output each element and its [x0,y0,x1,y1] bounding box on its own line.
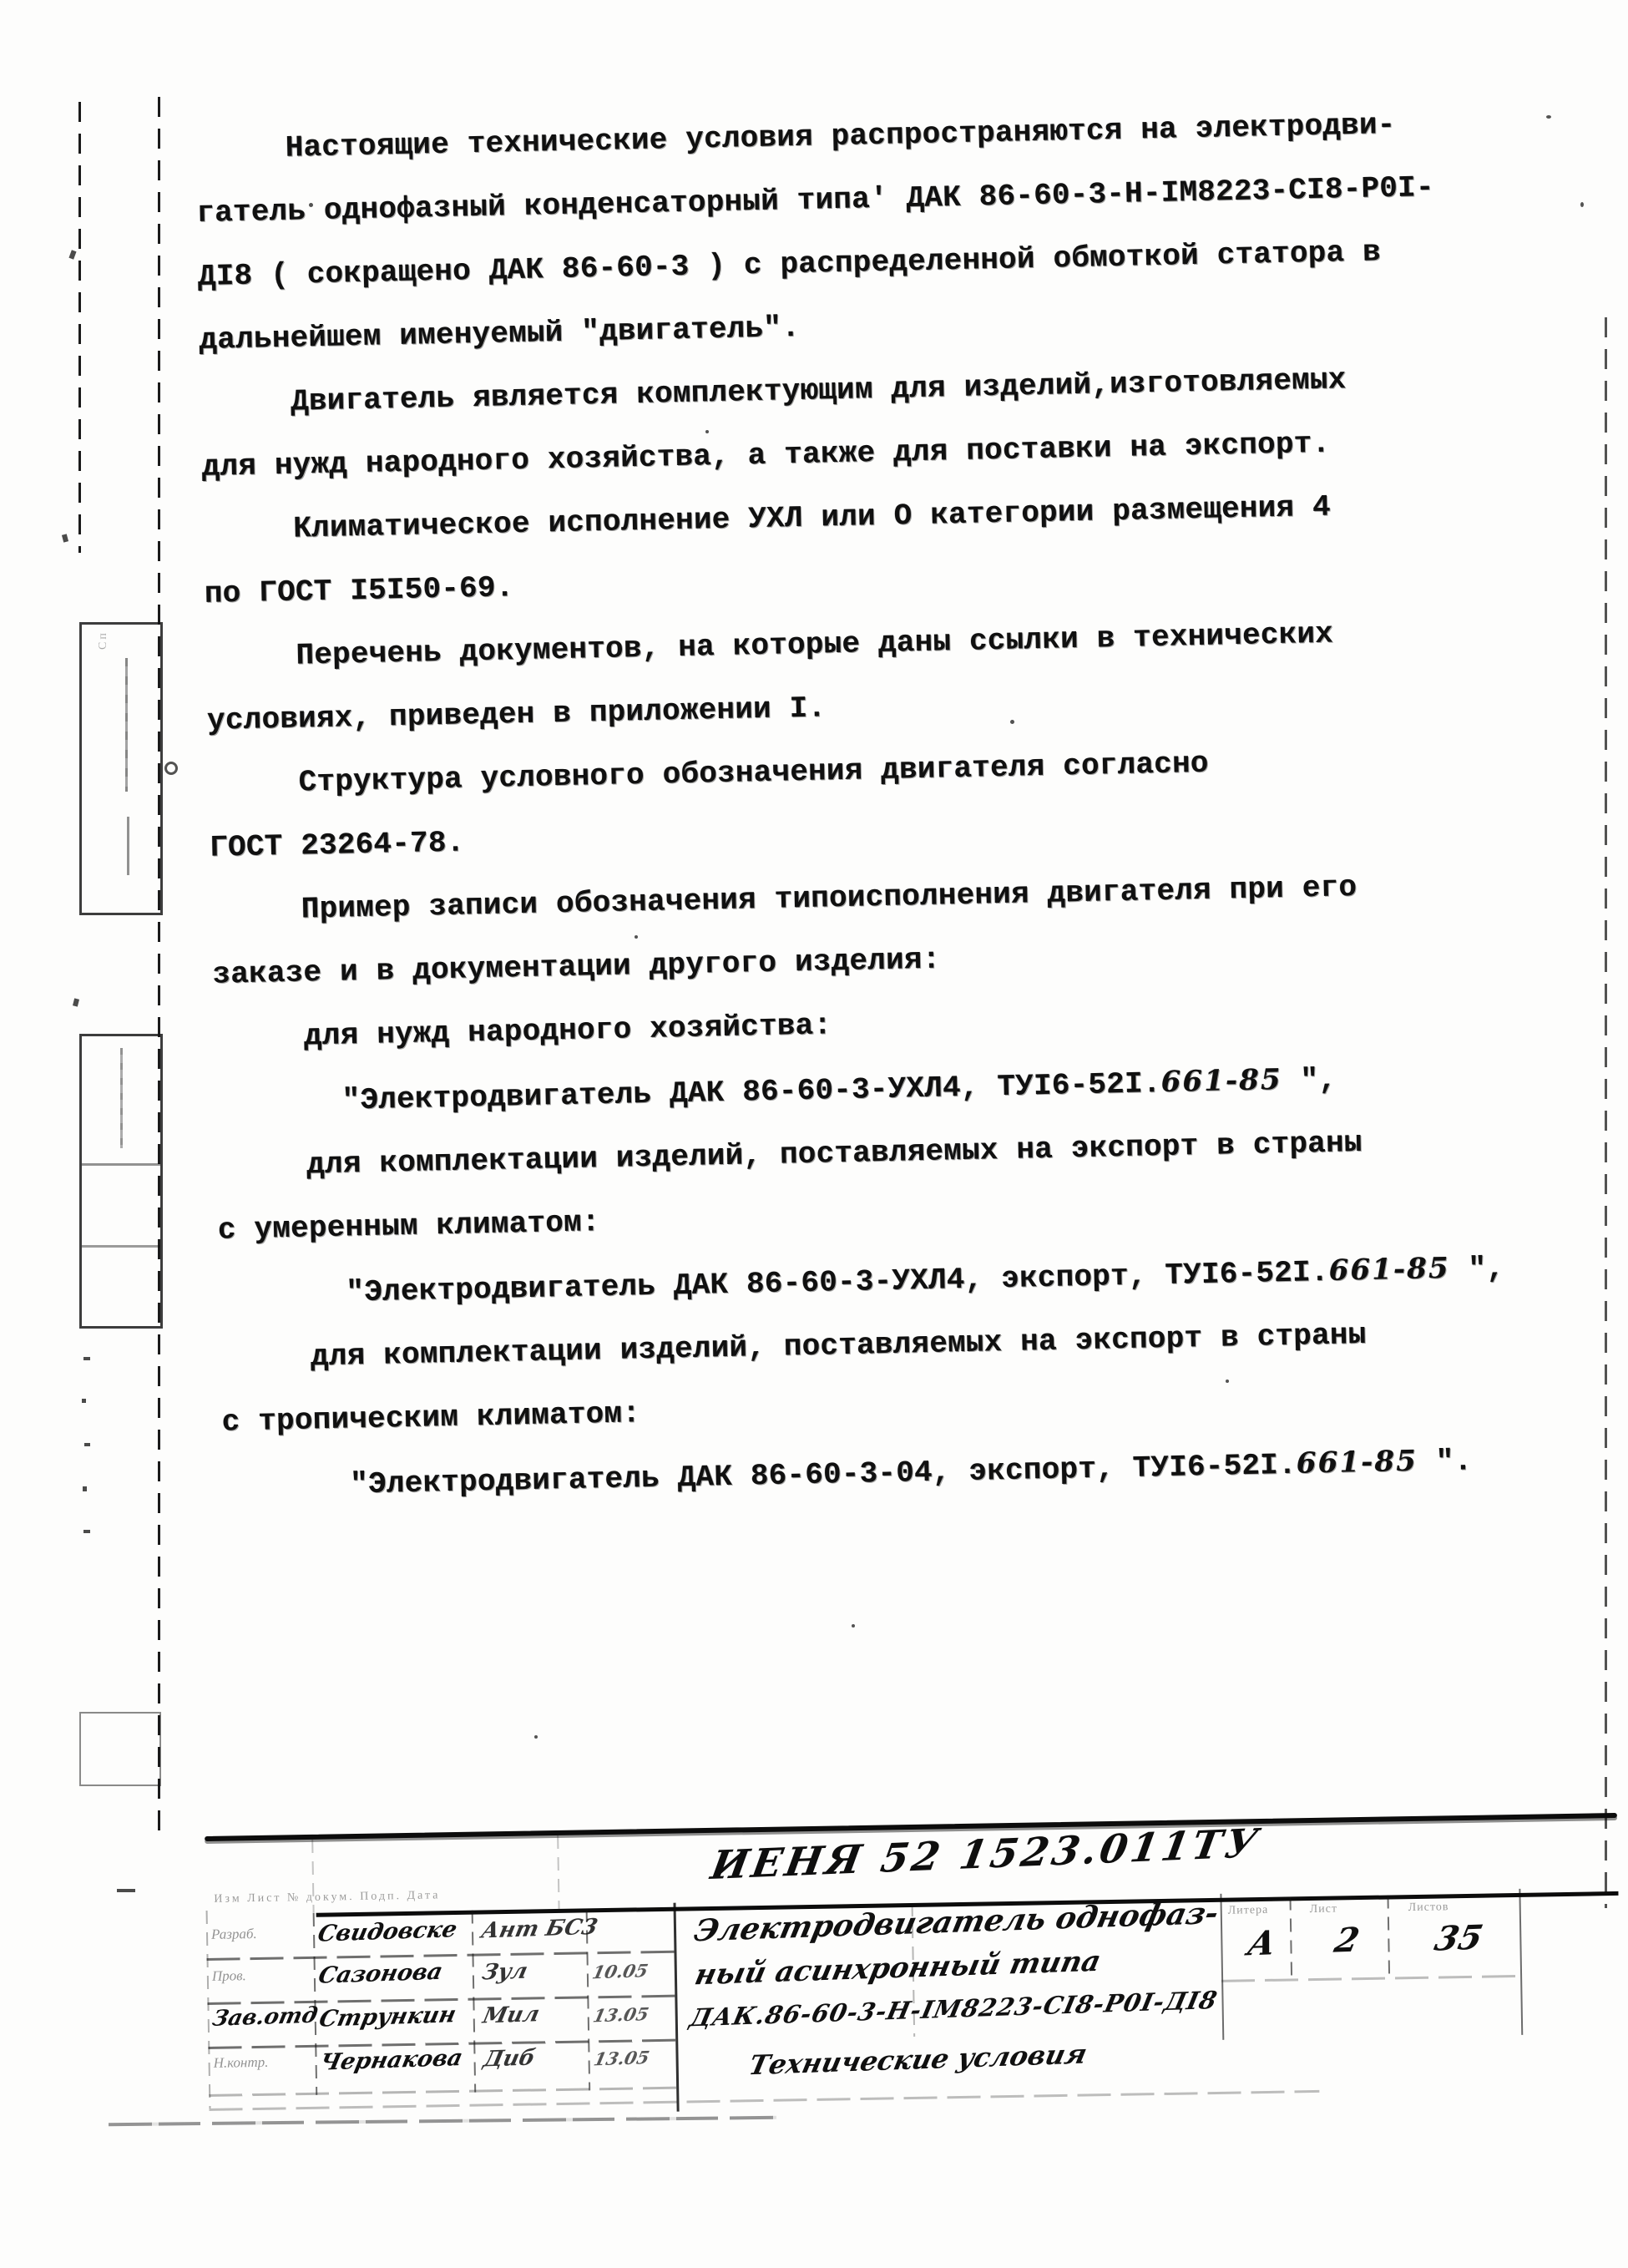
typed-segment: Двигатель является комплектующим для изд… [291,362,1347,418]
signature-date: 13.05 [592,2047,651,2069]
signature-autograph: Зул [480,1959,530,1986]
signature-name: Сазонова [316,1959,445,1989]
signature-date: 13.05 [591,2003,650,2026]
typed-segment: ". [1418,1444,1473,1479]
typed-segment: ", [1282,1063,1337,1098]
typed-segment: с тропическим климатом: [221,1396,640,1439]
signature-role-label: Зав.отд [210,2003,321,2032]
typed-segment: Структура условного обозначения двигател… [298,747,1209,800]
typed-segment: дальнейшем именуемый "двигатель". [199,311,800,357]
typed-segment: ГОСТ 23264-78. [210,825,465,864]
signature-date: 10.05 [590,1960,650,1982]
typed-segment: для нужд народного хозяйства, а также дл… [201,427,1330,484]
margin-stamp-box-2 [79,1034,163,1329]
typed-segment: ", [1449,1251,1504,1286]
typed-segment: с умеренным климатом: [217,1205,600,1248]
title-block: ИЕНЯ 52 1523.011ТУ Изм Лист № докум. Под… [205,1808,1622,2125]
typed-text-block: Настоящие технические условия распростра… [195,89,1626,1520]
signature-role-label: Н.контр. [213,2054,268,2072]
signature-role-label: Пров. [212,1967,246,1985]
handwritten-insert: 661-85 [1328,1252,1450,1288]
signature-name: Свидовске [316,1916,460,1947]
typed-segment: Климатическое исполнение УХЛ или О катег… [293,490,1331,546]
margin-stamp-box-3 [79,1712,161,1786]
sheet-header: Лист [1310,1903,1338,1917]
sheets-total: 35 [1431,1918,1486,1959]
signature-row: Пров.СазоноваЗул10.05 [207,1952,675,2002]
typed-segment: для комплектации изделий, поставляемых н… [306,1126,1363,1182]
signature-grid-header: Изм Лист № докум. Подп. Дата [214,1889,440,1906]
typed-segment: "Электродвигатель ДАК 86-60-3-УХЛ4, эксп… [346,1255,1329,1310]
signature-autograph: Диб [481,2045,537,2072]
signature-row: Зав.отдСтрункинМил13.05 [207,1996,675,2045]
typed-segment: Пример записи обозначения типоисполнения… [301,870,1357,926]
signature-role-label: Разраб. [211,1926,257,1943]
signature-autograph: Ант БС3 [479,1915,600,1944]
signature-name: Чернакова [317,2045,465,2076]
handwritten-insert: 661-85 [1296,1445,1418,1481]
margin-stamp-box-1: Сп [79,622,163,915]
product-designation-line: ДАК.86-60-3-Н-IМ8223-СI8-Р0I-ДI8 [687,1986,1220,2033]
typed-segment: для нужд народного хозяйства: [304,1008,832,1053]
signature-autograph: Мил [480,2002,541,2028]
typed-segment: "Электродвигатель ДАК 86-60-3-04, экспор… [350,1448,1297,1502]
typed-segment: для комплектации изделий, поставляемых н… [311,1318,1367,1374]
inner-frame-left-rule [158,97,160,1835]
litera-value: А [1244,1923,1280,1963]
signature-name: Стрункин [316,2002,458,2033]
typed-segment: гатель однофазный конденсаторный типа' Д… [196,170,1434,230]
signature-row: Н.контр.ЧернаковаДиб13.05 [208,2039,676,2088]
sheets-total-header: Листов [1408,1901,1449,1915]
typed-segment: условиях, приведен в приложении I. [207,691,827,738]
scanned-document-page: Сп Настоящие технические условия распрос… [0,0,1628,2268]
typed-segment: по ГОСТ I5I50-69. [204,570,513,611]
litera-header: Литера [1228,1904,1269,1918]
product-name-line: ный асинхронный типа [692,1945,1105,1992]
typed-segment: "Электродвигатель ДАК 86-60-3-УХЛ4, ТУI6… [341,1066,1161,1118]
typed-segment: ДI8 ( сокращено ДАК 86-60-3 ) с распреде… [198,235,1382,294]
handwritten-insert: 661-85 [1160,1063,1282,1099]
typed-segment: Настоящие технические условия распростра… [285,108,1396,165]
product-doc-type-line: Технические условия [746,2038,1090,2081]
typed-segment: заказе и в документации другого изделия: [212,943,941,992]
left-margin-rule-top [78,102,81,553]
typed-segment: Перечень документов, на которые даны ссы… [296,617,1333,673]
sheet-number: 2 [1331,1921,1363,1961]
